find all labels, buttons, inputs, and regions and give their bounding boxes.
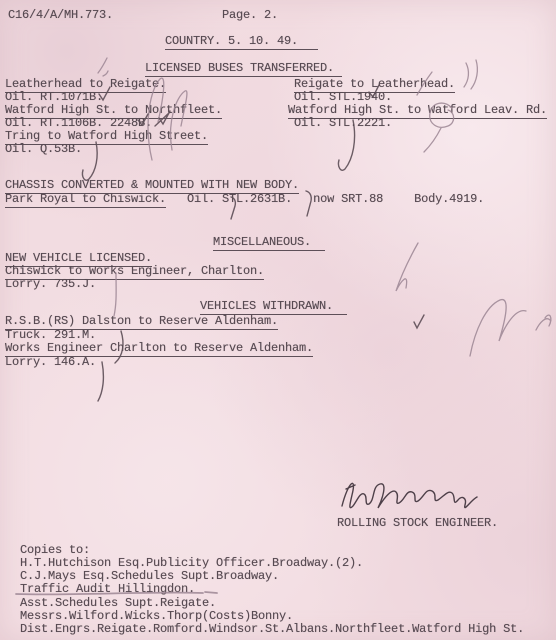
reference-number: C16/4/A/MH.773. [8, 8, 113, 22]
route-line: Works Engineer Charlton to Reserve Alden… [5, 341, 313, 355]
section-heading-transferred: LICENSED BUSES TRANSFERRED. [145, 61, 342, 75]
vehicle-line: Truck. 291.M. [5, 328, 96, 342]
pencil-curve-right-edge [545, 315, 551, 326]
signatory-title: ROLLING STOCK ENGINEER. [337, 516, 498, 530]
copies-item: H.T.Hutchison Esq.Publicity Officer.Broa… [20, 556, 363, 570]
route-line: Watford High St. to Watford Leav. Rd. [288, 103, 547, 117]
copies-item: Messrs.Wilford.Wicks.Thorp(Costs)Bonny. [20, 609, 293, 623]
page-number: Page. 2. [222, 8, 278, 22]
route-line: Reigate to Leatherhead. [294, 77, 455, 91]
document-page: C16/4/A/MH.773. Page. 2. COUNTRY. 5. 10.… [0, 0, 556, 640]
vehicle-line: Lorry. 735.J. [5, 277, 96, 291]
copies-item: Traffic Audit Hillingdon. [20, 582, 195, 596]
tail-mark-lorry146 [98, 362, 103, 401]
pencil-mark-right-of-leatherhead [464, 60, 477, 89]
route-line: Watford High St. to Northfleet. [5, 103, 222, 117]
copies-item: C.J.Mays Esq.Schedules Supt.Broadway. [20, 569, 279, 583]
copies-item: Dist.Engrs.Reigate.Romford.Windsor.St.Al… [20, 622, 524, 636]
pencil-mark-heading-left [98, 58, 108, 76]
tail-mark-q53 [82, 142, 97, 180]
vehicle-line: Lorry. 146.A. [5, 355, 96, 369]
chassis-new-number: now SRT.88 [313, 192, 383, 206]
copies-item: Asst.Schedules Supt.Reigate. [20, 596, 216, 610]
pencil-scribble-misc-section [396, 243, 418, 291]
vehicle-line: Oil. RT.1071B. [5, 90, 103, 104]
section-heading-chassis: CHASSIS CONVERTED & MOUNTED WITH NEW BOD… [5, 178, 299, 192]
check-mark-withdrawn [414, 315, 424, 328]
vehicle-line: Oil. STL.1940. [294, 90, 392, 104]
section-heading-misc: MISCELLANEOUS. [213, 235, 325, 249]
route-line: Chiswick to Works Engineer, Charlton. [5, 264, 264, 278]
section-heading-withdrawn: VEHICLES WITHDRAWN. [200, 299, 347, 313]
copies-label: Copies to: [20, 543, 90, 557]
vehicle-line: Oil. STL.2221. [294, 116, 392, 130]
chassis-body-number: Body.4919. [414, 192, 484, 206]
route-line: R.S.B.(RS) Dalston to Reserve Aldenham. [5, 314, 278, 328]
sub-heading-new-vehicle: NEW VEHICLE LICENSED. [5, 251, 152, 265]
route-line: Leatherhead to Reigate. [5, 77, 166, 91]
chassis-route: Park Royal to Chiswick. [5, 192, 166, 208]
chassis-detail-line: Park Royal to Chiswick. Oil. STL.2631B. … [5, 192, 484, 206]
pencil-scribble-withdrawn-right [470, 300, 550, 356]
route-line: Tring to Watford High Street. [5, 129, 208, 143]
vehicle-line: Oil. Q.53B. [5, 142, 82, 156]
vehicle-line: Oil. RT.1106B. 2248B. [5, 116, 152, 130]
signature [342, 483, 477, 508]
chassis-old-number: Oil. STL.2631B. [187, 192, 292, 206]
document-title: COUNTRY. 5. 10. 49. [165, 34, 318, 48]
